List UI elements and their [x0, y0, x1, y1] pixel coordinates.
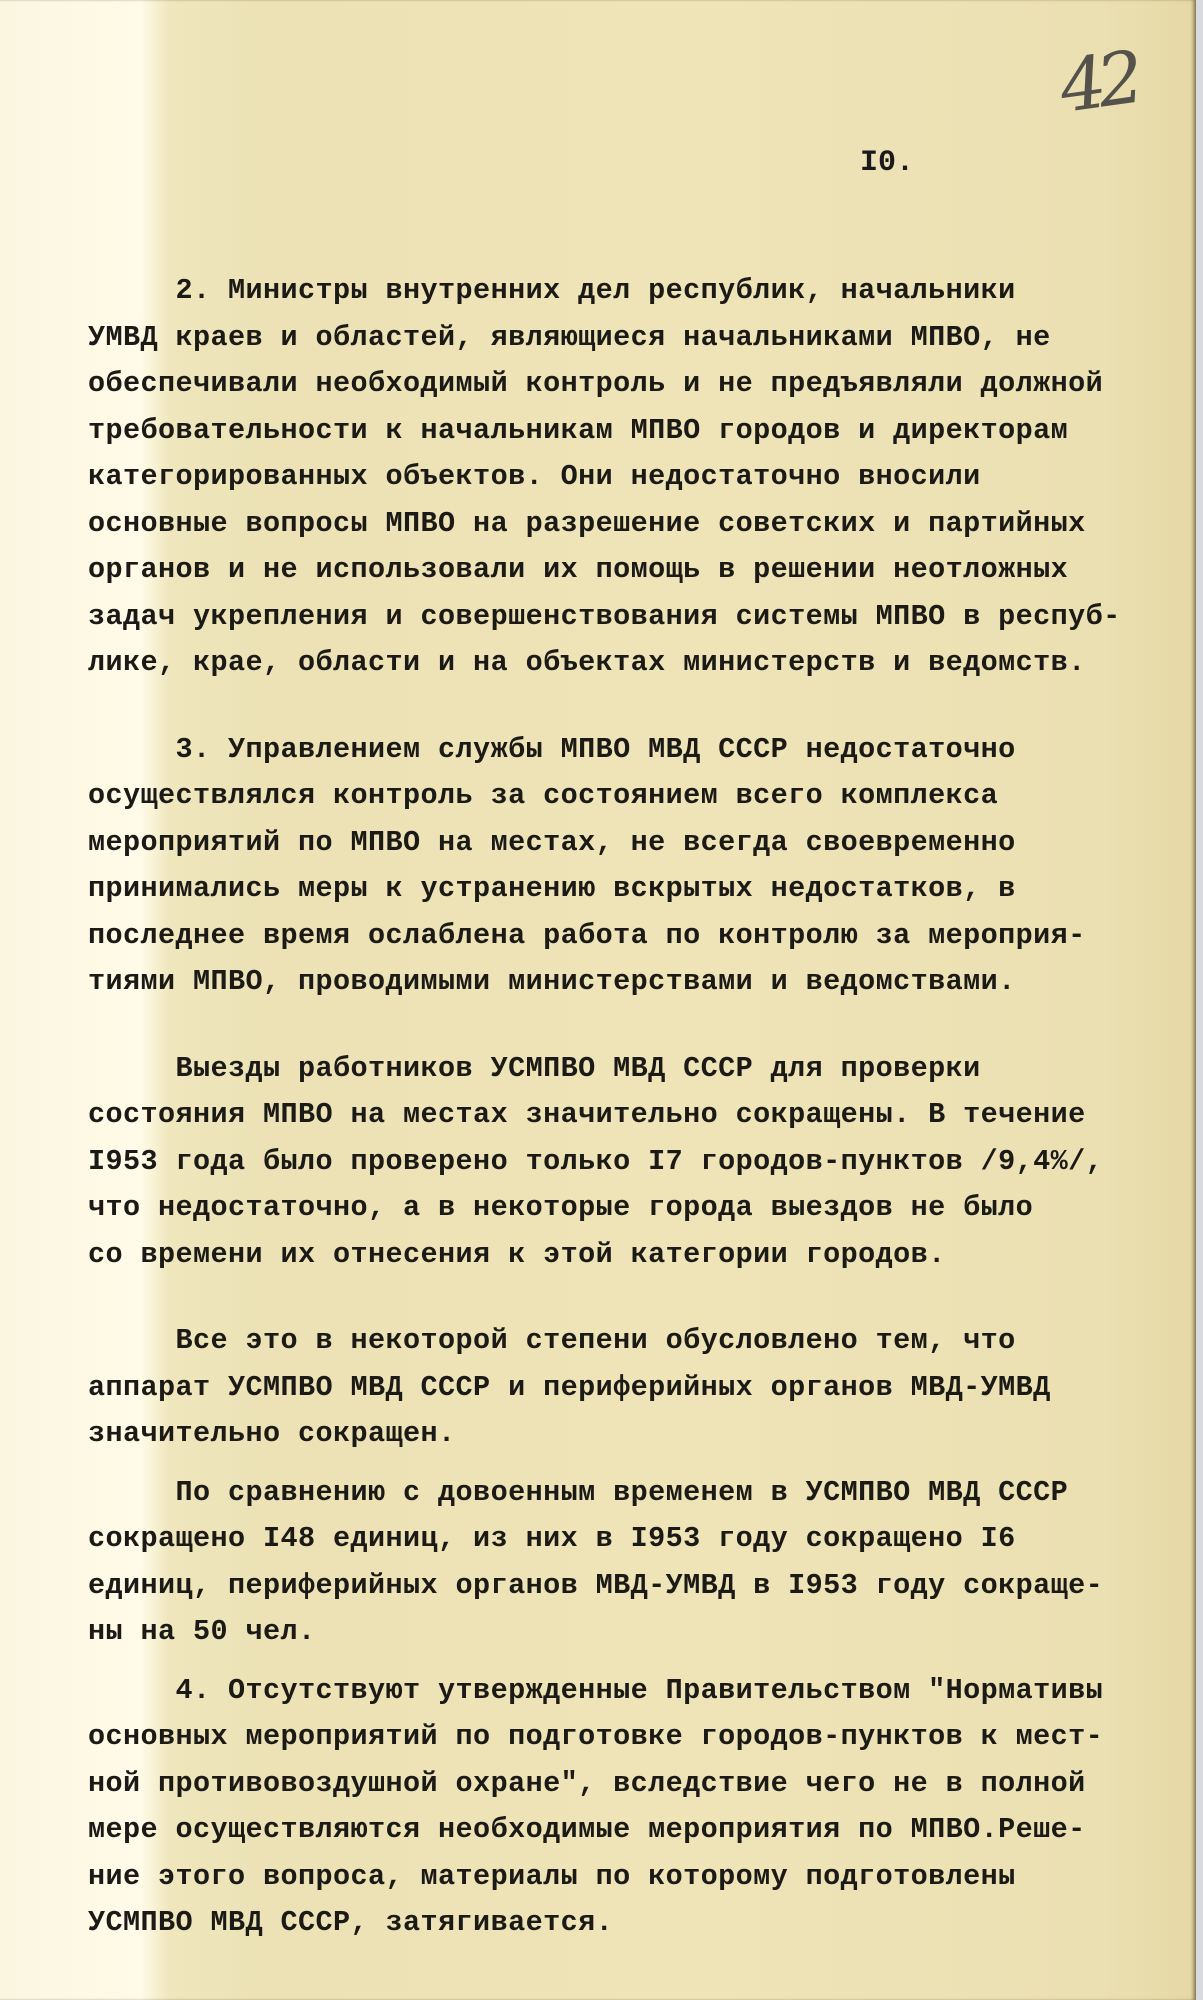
- text-line: единиц, периферийных органов МВД-УМВД в …: [88, 1563, 1188, 1610]
- archive-sheet-number: 42: [1055, 35, 1142, 129]
- text-line: Выезды работников УСМПВО МВД СССР для пр…: [88, 1046, 1188, 1093]
- paragraph-inspections: Выезды работников УСМПВО МВД СССР для пр…: [88, 1046, 1188, 1279]
- text-line: УМВД краев и областей, являющиеся началь…: [88, 315, 1188, 362]
- text-line: органов и не использовали их помощь в ре…: [88, 547, 1188, 594]
- document-body: 2. Министры внутренних дел республик, на…: [88, 268, 1188, 1947]
- text-line: мере осуществляются необходимые мероприя…: [88, 1807, 1188, 1854]
- text-line: основные вопросы МПВО на разрешение сове…: [88, 501, 1188, 548]
- paragraph-staff-reduction-figures: По сравнению с довоенным временем в УСМП…: [88, 1470, 1188, 1656]
- text-line: 3. Управлением службы МПВО МВД СССР недо…: [88, 727, 1188, 774]
- text-line: ны на 50 чел.: [88, 1609, 1188, 1656]
- text-line: состояния МПВО на местах значительно сок…: [88, 1092, 1188, 1139]
- text-line: ние этого вопроса, материалы по которому…: [88, 1854, 1188, 1901]
- text-line: ной противовоздушной охране", вследствие…: [88, 1761, 1188, 1808]
- text-line: мероприятий по МПВО на местах, не всегда…: [88, 820, 1188, 867]
- text-line: обеспечивали необходимый контроль и не п…: [88, 361, 1188, 408]
- page-number: I0.: [860, 146, 914, 180]
- text-line: аппарат УСМПВО МВД СССР и периферийных о…: [88, 1365, 1188, 1412]
- text-line: последнее время ослаблена работа по конт…: [88, 913, 1188, 960]
- text-line: сокращено I48 единиц, из них в I953 году…: [88, 1516, 1188, 1563]
- text-line: требовательности к начальникам МПВО горо…: [88, 408, 1188, 455]
- text-line: категорированных объектов. Они недостато…: [88, 454, 1188, 501]
- paragraph-2: 2. Министры внутренних дел республик, на…: [88, 268, 1188, 687]
- text-line: основных мероприятий по подготовке город…: [88, 1714, 1188, 1761]
- text-line: лике, крае, области и на объектах минист…: [88, 640, 1188, 687]
- text-line: задач укрепления и совершенствования сис…: [88, 594, 1188, 641]
- text-line: Все это в некоторой степени обусловлено …: [88, 1318, 1188, 1365]
- text-line: 2. Министры внутренних дел республик, на…: [88, 268, 1188, 315]
- paragraph-3: 3. Управлением службы МПВО МВД СССР недо…: [88, 727, 1188, 1006]
- text-line: осуществлялся контроль за состоянием все…: [88, 773, 1188, 820]
- paragraph-4: 4. Отсутствуют утвержденные Правительств…: [88, 1668, 1188, 1947]
- text-line: По сравнению с довоенным временем в УСМП…: [88, 1470, 1188, 1517]
- paragraph-staff-reduction-cause: Все это в некоторой степени обусловлено …: [88, 1318, 1188, 1458]
- text-line: со времени их отнесения к этой категории…: [88, 1232, 1188, 1279]
- text-line: принимались меры к устранению вскрытых н…: [88, 866, 1188, 913]
- text-line: 4. Отсутствуют утвержденные Правительств…: [88, 1668, 1188, 1715]
- text-line: значительно сокращен.: [88, 1411, 1188, 1458]
- document-page: 42 I0. 2. Министры внутренних дел респуб…: [0, 0, 1196, 2000]
- text-line: что недостаточно, а в некоторые города в…: [88, 1185, 1188, 1232]
- text-line: тиями МПВО, проводимыми министерствами и…: [88, 959, 1188, 1006]
- text-line: I953 года было проверено только I7 город…: [88, 1139, 1188, 1186]
- text-line: УСМПВО МВД СССР, затягивается.: [88, 1900, 1188, 1947]
